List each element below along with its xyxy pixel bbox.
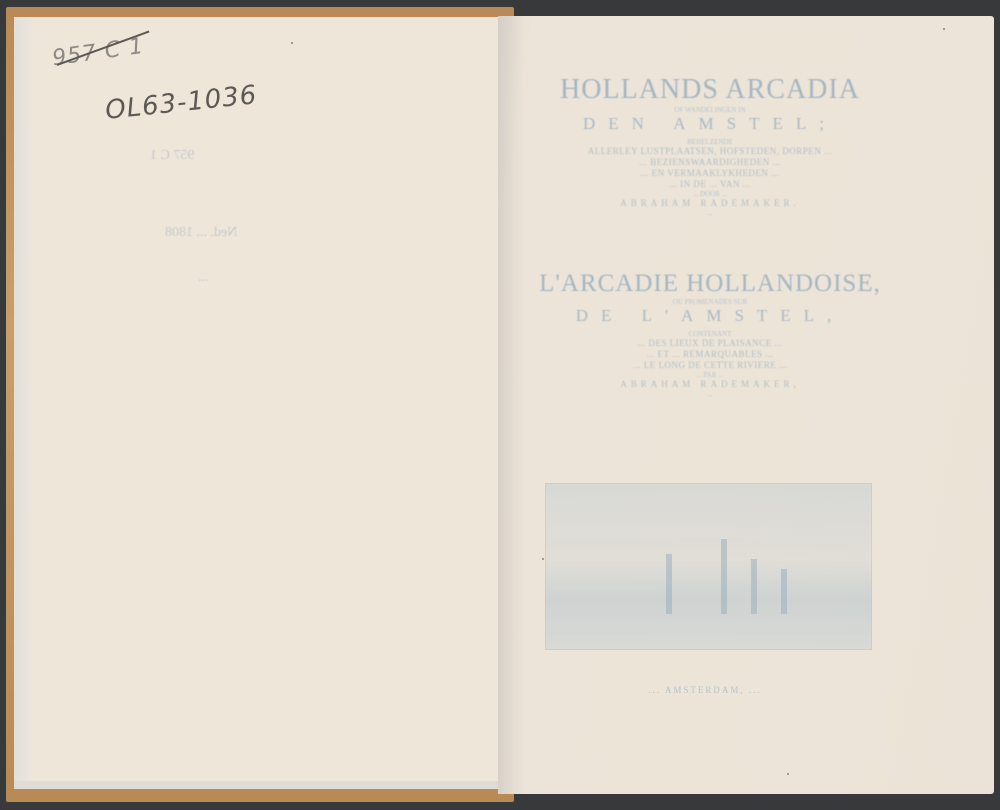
description-line: ... PAR ... — [520, 371, 900, 379]
description-line: ... IN DE ... VAN ... — [520, 179, 900, 190]
description-line: ... DES LIEUX DE PLAISANCE ... — [520, 338, 900, 349]
description-line: ALLERLEY LUSTPLAATSEN, HOFSTEDEN, DORPEN… — [520, 146, 900, 157]
description-line: CONTENANT — [520, 330, 900, 338]
subtitle-french: DE L'AMSTEL, — [520, 306, 900, 326]
author-french: ABRAHAM RADEMAKER, — [520, 379, 900, 390]
engraved-vignette-town-view — [545, 483, 872, 650]
paper-speck — [787, 773, 789, 775]
description-line: ... BEZIENSWAARDIGHEDEN ... — [520, 157, 900, 168]
show-through-note: 957 C 1 — [150, 148, 194, 164]
description-line: ... LE LONG DE CETTE RIVIERE ... — [520, 360, 900, 371]
show-through-note: ... — [198, 270, 209, 286]
imprint-line: ... AMSTERDAM, ... — [555, 685, 855, 695]
title-french: L'ARCADIE HOLLANDOISE, — [520, 270, 900, 298]
subtitle-connector-dutch: OF WANDELINGEN IN — [520, 106, 900, 114]
author-note-french: ... — [520, 390, 900, 398]
vignette-spire — [781, 569, 787, 614]
vignette-spire — [666, 554, 672, 614]
description-line: ... EN VERMAAKLYKHEDEN ... — [520, 168, 900, 179]
paper-speck — [943, 28, 945, 30]
title-block-dutch: HOLLANDS ARCADIA OF WANDELINGEN IN DEN A… — [520, 74, 900, 217]
vignette-spire — [721, 539, 727, 614]
left-page-edge — [14, 17, 32, 789]
paper-speck — [291, 42, 293, 44]
description-line: ... ET ... REMARQUABLES ... — [520, 349, 900, 360]
vignette-spire — [751, 559, 757, 614]
description-line: ... DOOR ... — [520, 190, 900, 198]
title-dutch: HOLLANDS ARCADIA — [520, 74, 900, 106]
author-dutch: ABRAHAM RADEMAKER. — [520, 198, 900, 209]
show-through-note: Ned. ... 1808 — [165, 225, 237, 241]
description-line: BEHELZENDE — [520, 138, 900, 146]
title-block-french: L'ARCADIE HOLLANDOISE, OU PROMENADES SUR… — [520, 270, 900, 398]
paper-speck — [542, 558, 544, 560]
author-note-dutch: ... — [520, 209, 900, 217]
subtitle-dutch: DEN AMSTEL; — [520, 114, 900, 134]
subtitle-connector-french: OU PROMENADES SUR — [520, 298, 900, 306]
left-page-bottom-edge — [14, 781, 508, 789]
left-page-flyleaf — [14, 17, 508, 789]
